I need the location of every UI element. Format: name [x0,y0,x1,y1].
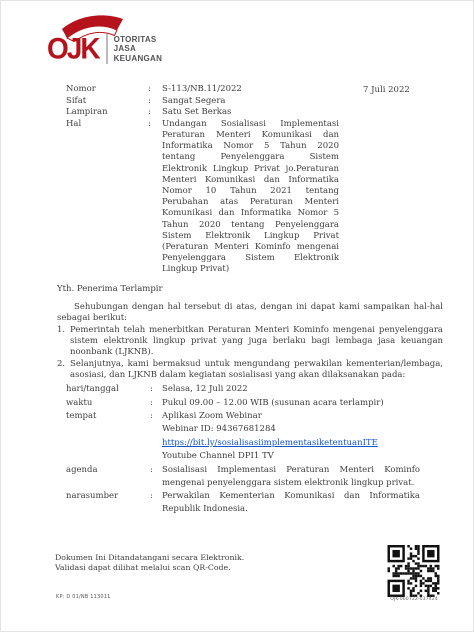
logo-divider [106,34,108,64]
event-row-waktu: waktu : Pukul 09.00 – 12.00 WIB (susunan… [66,397,443,410]
event-agenda: Sosialisasi Implementasi Peraturan Mente… [162,464,420,489]
qr-code [385,545,442,597]
event-details: hari/tanggal : Selasa, 12 Juli 2022 wakt… [66,383,443,515]
esign-line2: Validasi dapat dilihat melalui scan QR-C… [55,563,244,573]
event-row-tempat: tempat : Aplikasi Zoom Webinar Webinar I… [66,410,443,463]
list-item-2: 2. Selanjutnya, kami bermaksud untuk men… [57,359,443,381]
event-row-hari-tanggal: hari/tanggal : Selasa, 12 Juli 2022 [66,383,443,396]
org-name-line1: OTORITAS [114,35,163,45]
ojk-logo: OJK [47,33,99,65]
meta-row-sifat: Sifat : Sangat Segera [66,96,366,108]
qr-block: OJK-060722-037424 [385,545,443,602]
tempat-registration-link[interactable]: https://bit.ly/sosialisasiimplementasike… [162,437,420,450]
meta-row-hal: Hal : Undangan Sosialisasi Implementasi … [66,119,366,276]
kp-code: KP: D 01/NB 113011 [56,594,111,600]
esign-note: Dokumen Ini Ditandatangani secara Elektr… [55,553,244,573]
esign-line1: Dokumen Ini Ditandatangani secara Elektr… [55,553,244,563]
logo-row: OJK OTORITAS JASA KEUANGAN [47,34,162,64]
letter-body: Sehubungan dengan hal tersebut di atas, … [57,302,443,515]
letter-meta: Nomor : S-113/NB.11/2022 Sifat : Sangat … [66,84,366,276]
event-row-narasumber: narasumber : Perwakilan Kementerian Komu… [66,490,443,515]
qr-label: OJK-060722-037424 [385,597,443,602]
letterhead: OJK OTORITAS JASA KEUANGAN [47,12,257,70]
letter-subject: Undangan Sosialisasi Implementasi Peratu… [162,119,339,276]
letter-date: 7 Juli 2022 [363,85,410,95]
org-name: OTORITAS JASA KEUANGAN [114,35,163,64]
intro-paragraph: Sehubungan dengan hal tersebut di atas, … [57,302,443,324]
org-name-line3: KEUANGAN [114,54,163,64]
tempat-webinar-id: Webinar ID: 94367681284 [162,423,420,436]
event-time: Pukul 09.00 – 12.00 WIB (susunan acara t… [162,397,420,410]
letter-number: S-113/NB.11/2022 [162,84,352,96]
event-speaker: Perwakilan Kementerian Komunikasi dan In… [162,490,420,515]
list-item-1: 1. Pemerintah telah menerbitkan Peratura… [57,325,443,358]
recipient-line: Yth. Penerima Terlampir [57,284,163,294]
tempat-youtube-channel: Youtube Channel DPI1 TV [162,450,420,463]
meta-row-lampiran: Lampiran : Satu Set Berkas [66,107,366,119]
event-date: Selasa, 12 Juli 2022 [162,383,420,396]
letter-urgency: Sangat Segera [162,96,352,108]
meta-row-nomor: Nomor : S-113/NB.11/2022 [66,84,366,96]
letter-page: OJK OTORITAS JASA KEUANGAN 7 Juli 2022 N… [0,0,474,632]
tempat-zoom-app: Aplikasi Zoom Webinar [162,410,420,423]
org-name-line2: JASA [114,44,163,54]
letter-attachment: Satu Set Berkas [162,107,352,119]
event-row-agenda: agenda : Sosialisasi Implementasi Peratu… [66,464,443,489]
